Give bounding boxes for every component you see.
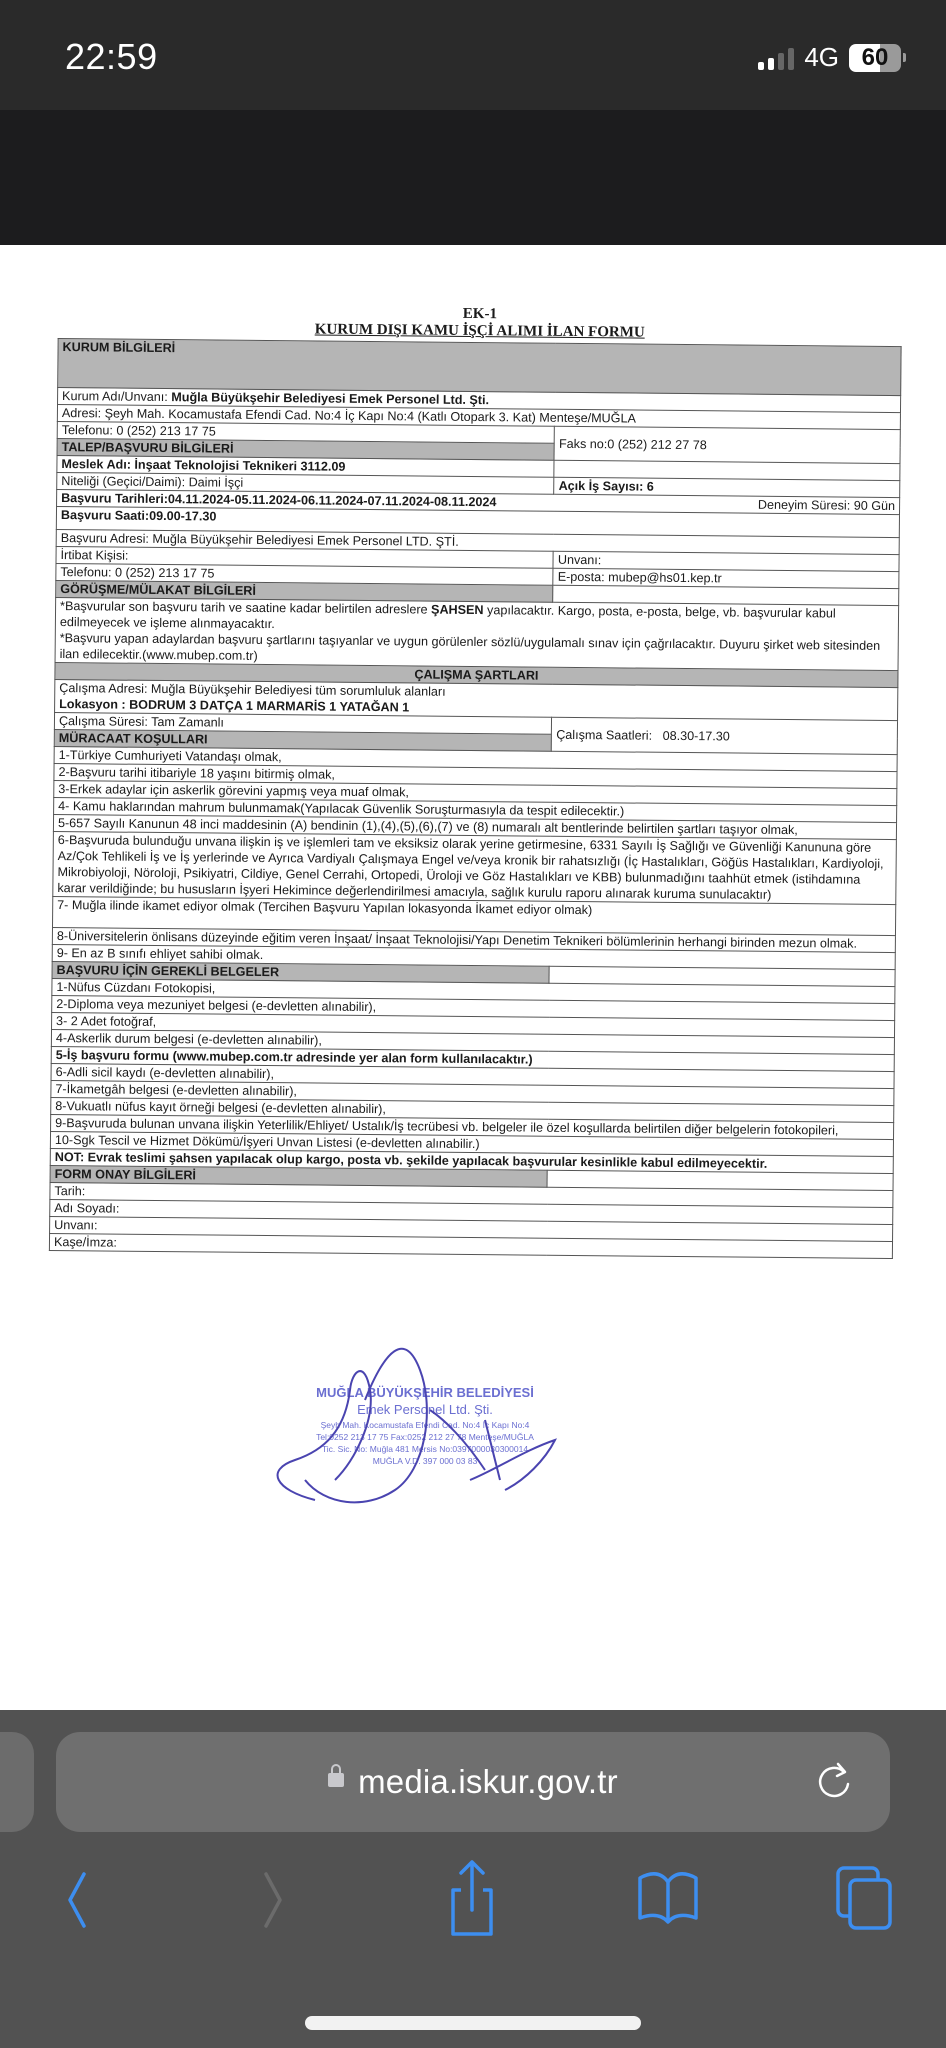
previous-tab-peek[interactable] bbox=[0, 1732, 34, 1832]
signal-icon bbox=[758, 46, 794, 70]
work-hours: Çalışma Saatleri: 08.30-17.30 bbox=[552, 717, 898, 754]
clock: 22:59 bbox=[65, 36, 158, 78]
browser-top-area bbox=[0, 110, 946, 245]
form-document: EK-1 KURUM DIŞI KAMU İŞÇİ ALIMI İLAN FOR… bbox=[49, 302, 902, 1259]
form-table: KURUM BİLGİLERİ Kurum Adı/Unvanı: Muğla … bbox=[49, 338, 902, 1259]
section-kurum: KURUM BİLGİLERİ bbox=[58, 339, 901, 396]
home-indicator[interactable] bbox=[305, 2016, 641, 2030]
forward-icon[interactable] bbox=[240, 1860, 310, 1940]
lock-icon bbox=[328, 1773, 344, 1787]
status-indicators: 4G 60 bbox=[758, 42, 906, 73]
document-header: EK-1 KURUM DIŞI KAMU İŞÇİ ALIMI İLAN FOR… bbox=[58, 302, 902, 344]
url-text: media.iskur.gov.tr bbox=[358, 1763, 618, 1801]
reload-icon[interactable] bbox=[814, 1760, 858, 1804]
network-type: 4G bbox=[804, 42, 839, 73]
kosul-item: 6-Başvuruda bulunduğu unvana ilişkin iş … bbox=[53, 831, 897, 904]
bookmarks-icon[interactable] bbox=[633, 1860, 703, 1940]
signature-icon bbox=[255, 1330, 585, 1515]
browser-toolbar bbox=[0, 1860, 946, 1940]
official-stamp: MUĞLA BÜYÜKŞEHİR BELEDİYESİ Emek Persone… bbox=[255, 1330, 585, 1515]
battery-level: 60 bbox=[849, 44, 901, 72]
interview-notes: *Başvurular son başvuru tarih ve saatine… bbox=[55, 597, 899, 670]
kurum-fax: Faks no:0 (252) 212 27 78 bbox=[554, 426, 900, 463]
browser-bottom-bar: media.iskur.gov.tr bbox=[0, 1710, 946, 2048]
back-icon[interactable] bbox=[40, 1860, 110, 1940]
tabs-icon[interactable] bbox=[832, 1860, 902, 1940]
share-icon[interactable] bbox=[437, 1860, 507, 1940]
address-bar[interactable]: media.iskur.gov.tr bbox=[56, 1732, 890, 1832]
status-bar: 22:59 4G 60 bbox=[0, 0, 946, 110]
battery-icon: 60 bbox=[849, 44, 906, 72]
trial-period: Deneyim Süresi: 90 Gün bbox=[758, 497, 895, 514]
